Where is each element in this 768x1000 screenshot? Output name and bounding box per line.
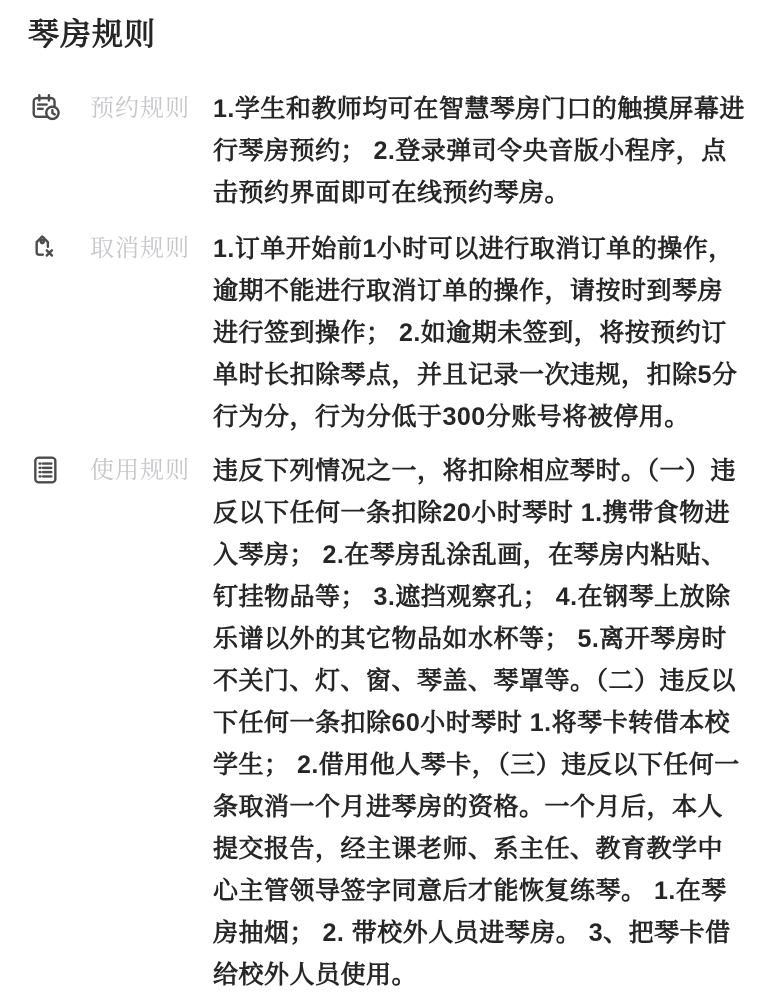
section-label: 预约规则 [90, 88, 213, 130]
tag-cancel-icon [30, 232, 62, 268]
section-usage-rules: 使用规则 违反下列情况之一，将扣除相应琴时。（一）违反以下任何一条扣除20小时琴… [0, 450, 768, 996]
usage-list-icon [30, 454, 62, 490]
section-body-text: 违反下列情况之一，将扣除相应琴时。（一）违反以下任何一条扣除20小时琴时 1.携… [213, 450, 745, 996]
page-title: 琴房规则 [28, 13, 768, 57]
section-label: 取消规则 [90, 228, 213, 270]
section-cancel-rules: 取消规则 1.订单开始前1小时可以进行取消订单的操作，逾期不能进行取消订单的操作… [0, 228, 768, 438]
section-body-text: 1.学生和教师均可在智慧琴房门口的触摸屏幕进行琴房预约； 2.登录弹司令央音版小… [213, 88, 745, 214]
section-label: 使用规则 [90, 450, 213, 492]
section-body-text: 1.订单开始前1小时可以进行取消订单的操作，逾期不能进行取消订单的操作，请按时到… [213, 228, 745, 438]
calendar-clock-icon [30, 92, 62, 128]
piano-room-rules-page: 琴房规则 预约规则 1.学生和教师均可在智慧琴房门口的触摸屏幕进行琴房预约； 2… [0, 0, 768, 1000]
section-booking-rules: 预约规则 1.学生和教师均可在智慧琴房门口的触摸屏幕进行琴房预约； 2.登录弹司… [0, 88, 768, 214]
